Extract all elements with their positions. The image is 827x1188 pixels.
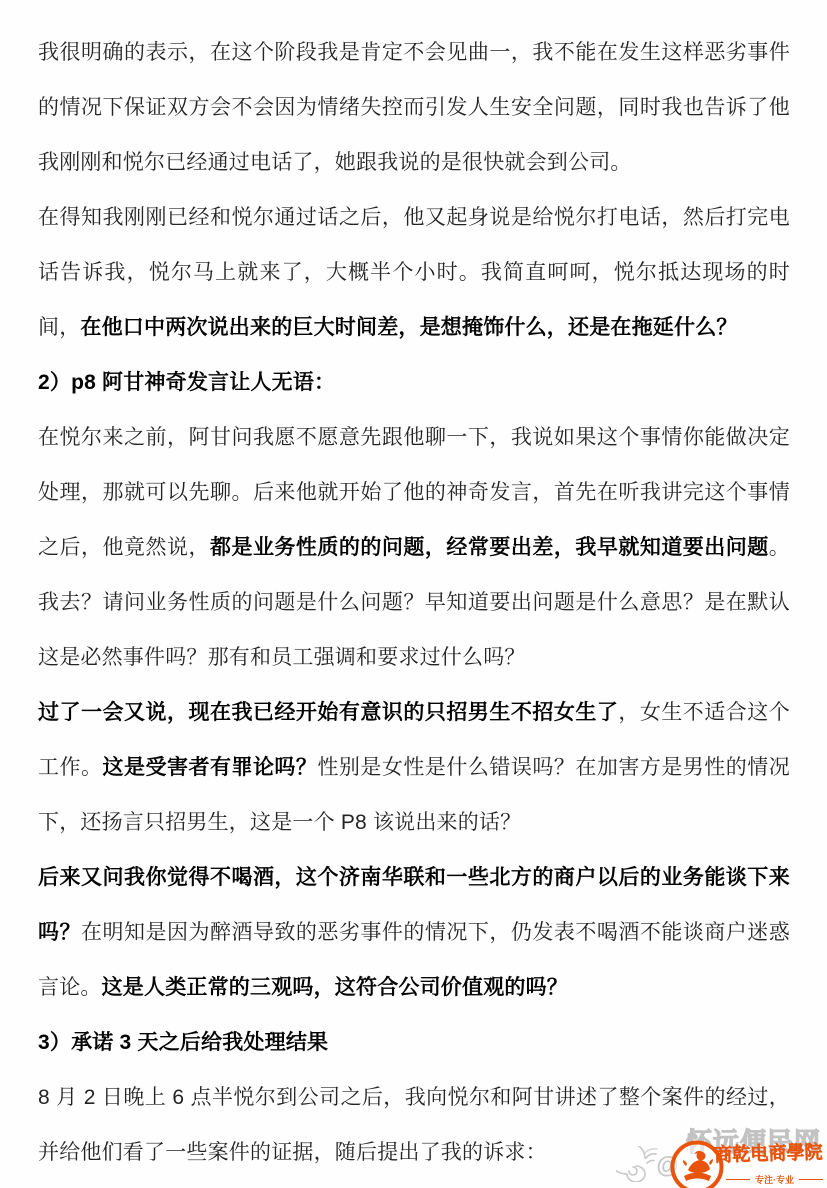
heading-3-promise-result: 3）承诺 3 天之后给我处理结果 (38, 1015, 790, 1070)
heading-2-agan-remarks: 2）p8 阿甘神奇发言让人无语： (38, 355, 790, 410)
tagline-rule-right (799, 1179, 823, 1180)
academy-title: 商乾电商學院 (714, 1137, 823, 1167)
paragraph-hiring-only-men: 过了一会又说，现在我已经开始有意识的只招男生不招女生了，女生不适合这个工作。这是… (38, 685, 790, 850)
snail-spiral-icon (616, 1146, 660, 1182)
text-segment: 这是人类正常的三观吗，这符合公司价值观的吗？ (102, 976, 568, 999)
text-segment: 3）承诺 3 天之后给我处理结果 (38, 1031, 328, 1054)
tagline-text: 专注·专业 (755, 1173, 794, 1186)
document-body: 我很明确的表示，在这个阶段我是肯定不会见曲一，我不能在发生这样恶劣事件的情况下保… (38, 25, 790, 1180)
text-segment: 在他口中两次说出来的巨大时间差，是想掩饰什么，还是在拖延什么？ (80, 316, 737, 339)
text-segment: 2）p8 阿甘神奇发言让人无语： (38, 371, 335, 394)
paragraph-agan-business-nature: 在悦尔来之前，阿甘问我愿不愿意先跟他聊一下，我说如果这个事情你能做决定处理，那就… (38, 410, 790, 685)
text-segment: 这是受害者有罪论吗？ (102, 756, 317, 779)
text-segment: 我很明确的表示，在这个阶段我是肯定不会见曲一，我不能在发生这样恶劣事件的情况下保… (38, 41, 790, 174)
text-segment: 过了一会又说，现在我已经开始有意识的只招男生不招女生了 (38, 701, 618, 724)
watermark: @ 怀远便民网 商乾电商學院 专注·专业 (582, 1118, 827, 1188)
text-segment: 都是业务性质的的问题，经常要出差，我早就知道要出问题 (210, 536, 769, 559)
paragraph-phone-call-time-gap: 在得知我刚刚已经和悦尔通过话之后，他又起身说是给悦尔打电话，然后打完电话告诉我，… (38, 190, 790, 355)
tagline-rule-left (726, 1179, 750, 1180)
paragraph-drinking-business: 后来又问我你觉得不喝酒，这个济南华联和一些北方的商户以后的业务能谈下来吗？在明知… (38, 850, 790, 1015)
academy-tagline: 专注·专业 (726, 1173, 823, 1186)
paragraph-meeting-refusal: 我很明确的表示，在这个阶段我是肯定不会见曲一，我不能在发生这样恶劣事件的情况下保… (38, 25, 790, 190)
